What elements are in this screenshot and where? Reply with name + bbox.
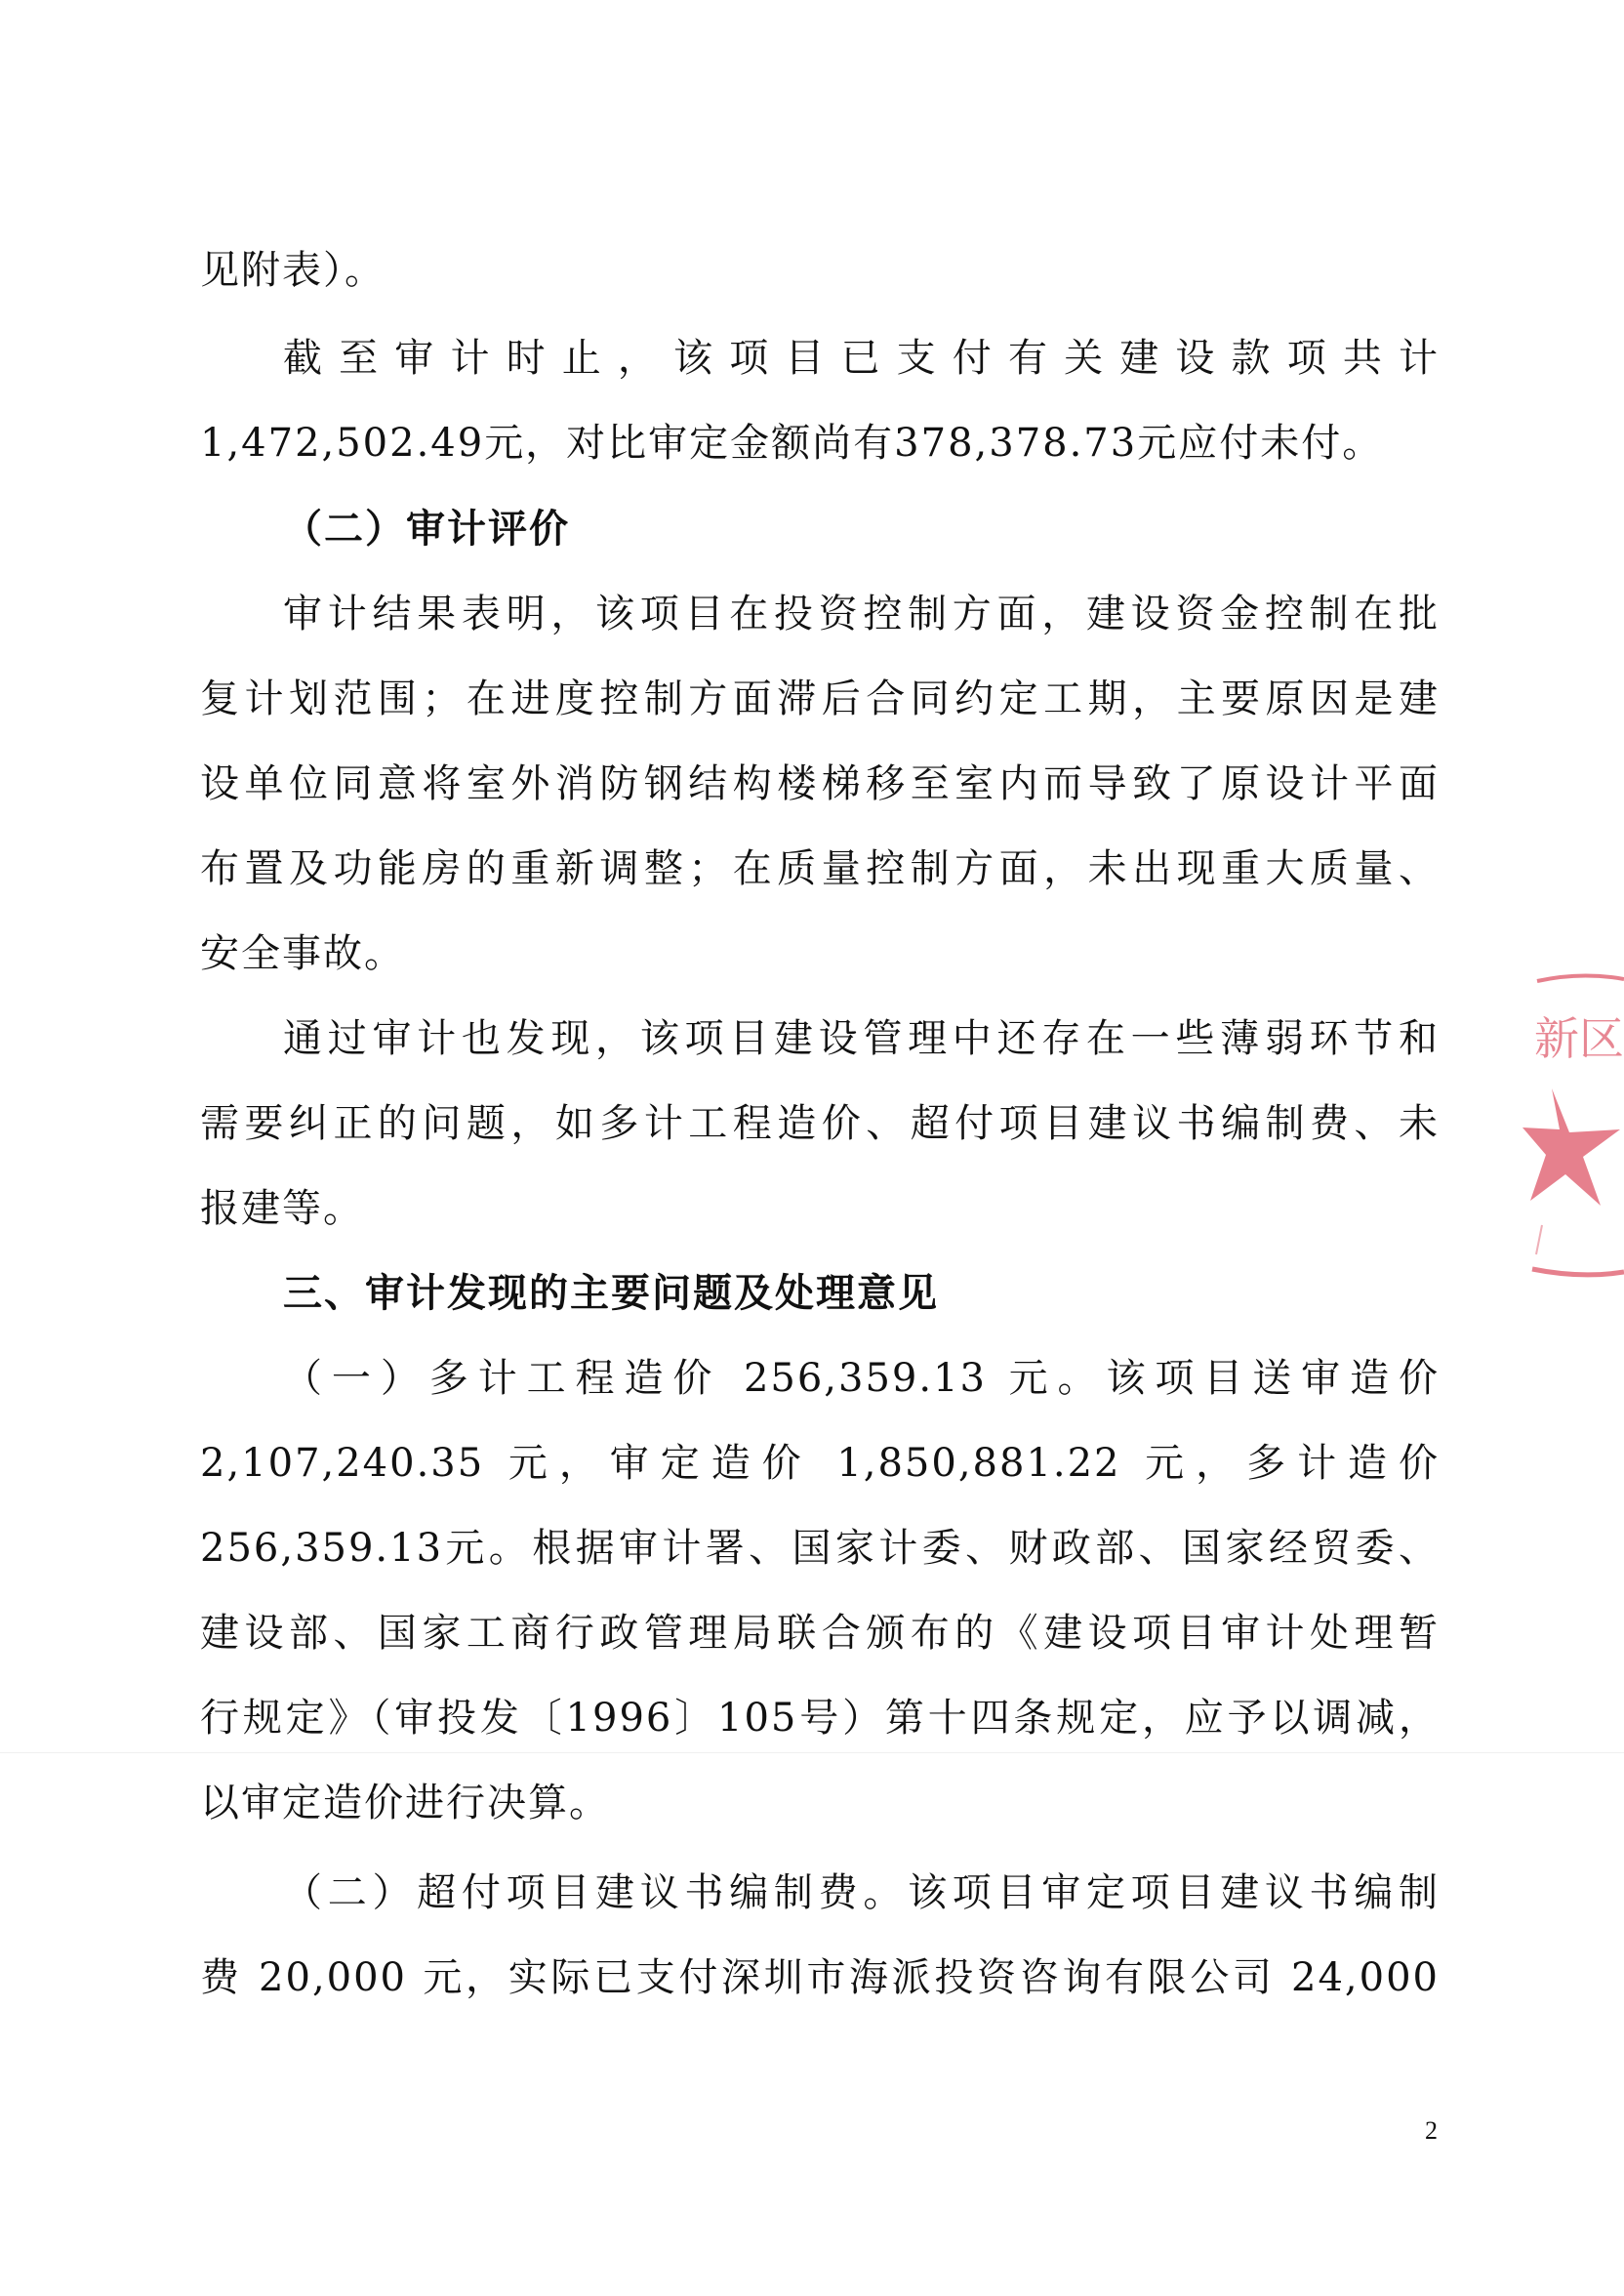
svg-text:新区: 新区 xyxy=(1534,1012,1624,1065)
text-line: 见附表）。 xyxy=(200,247,1440,294)
text-line: 设单位同意将室外消防钢结构楼梯移至室内而导致了原设计平面 xyxy=(200,760,1440,807)
text-line: 256,359.13元。根据审计署、国家计委、财政部、国家经贸委、 xyxy=(200,1525,1440,1572)
page-number: 2 xyxy=(1425,2116,1438,2146)
text-line: 建设部、国家工商行政管理局联合颁布的《建设项目审计处理暂 xyxy=(200,1610,1440,1657)
text-line: 安全事故。 xyxy=(200,930,1440,977)
text-line: 布置及功能房的重新调整；在质量控制方面，未出现重大质量、 xyxy=(200,845,1440,892)
text-line: 通过审计也发现，该项目建设管理中还存在一些薄弱环节和 xyxy=(283,1015,1440,1062)
text-line: 截至审计时止，该项目已支付有关建设款项共计 xyxy=(283,335,1440,382)
document-page: 见附表）。截至审计时止，该项目已支付有关建设款项共计1,472,502.49元，… xyxy=(0,0,1624,2296)
section-heading: （二）审计评价 xyxy=(283,506,1440,553)
text-line: 行规定》（审投发〔1996〕105号）第十四条规定，应予以调减， xyxy=(200,1695,1440,1742)
text-line: （一）多计工程造价 256,359.13 元。该项目送审造价 xyxy=(283,1355,1440,1402)
text-line: 2,107,240.35 元，审定造价 1,850,881.22 元，多计造价 xyxy=(200,1440,1440,1487)
text-line: （二）超付项目建议书编制费。该项目审定项目建议书编制 xyxy=(283,1869,1440,1916)
text-line: 以审定造价进行决算。 xyxy=(200,1780,1440,1826)
text-line: 审计结果表明，该项目在投资控制方面，建设资金控制在批 xyxy=(283,591,1440,637)
text-line: 1,472,502.49元，对比审定金额尚有378,378.73元应付未付。 xyxy=(200,420,1440,467)
text-line: 复计划范围；在进度控制方面滞后合同约定工期，主要原因是建 xyxy=(200,676,1440,722)
text-line: 费 20,000 元，实际已支付深圳市海派投资咨询有限公司 24,000 xyxy=(200,1954,1440,2001)
section-heading: 三、审计发现的主要问题及处理意见 xyxy=(283,1270,1440,1317)
official-seal-icon: 新区 xyxy=(1522,962,1624,1289)
text-line: 报建等。 xyxy=(200,1185,1440,1232)
text-line: 需要纠正的问题，如多计工程造价、超付项目建议书编制费、未 xyxy=(200,1100,1440,1147)
scan-artifact-line xyxy=(0,1752,1624,1753)
